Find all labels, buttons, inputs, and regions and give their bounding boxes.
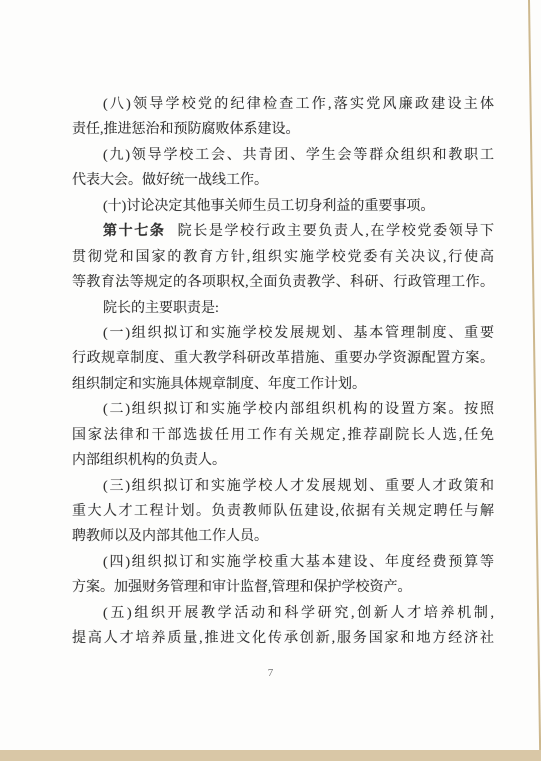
text-line: 国家法律和干部选拔任用工作有关规定,推荐副院长人选,任免 xyxy=(72,423,494,448)
scanned-document-page: (八)领导学校党的纪律检查工作,落实党风廉政建设主体 责任,推进惩治和预防腐败体… xyxy=(0,0,541,761)
document-text-block: (八)领导学校党的纪律检查工作,落实党风廉政建设主体 责任,推进惩治和预防腐败体… xyxy=(72,92,494,652)
text-line: (五)组织开展教学活动和科学研究,创新人才培养机制, xyxy=(72,601,494,626)
text-line-article-17: 第十七条院长是学校行政主要负责人,在学校党委领导下 xyxy=(72,219,494,244)
article-number-label: 第十七条 xyxy=(103,224,166,239)
text-line: 贯彻党和国家的教育方针,组织实施学校党委有关决议,行使高 xyxy=(72,245,494,270)
text-line: (三)组织拟订和实施学校人才发展规划、重要人才政策和 xyxy=(72,474,494,499)
text-line: (二)组织拟订和实施学校内部组织机构的设置方案。按照 xyxy=(72,397,494,422)
text-line: 院长的主要职责是: xyxy=(72,296,494,321)
page-number: 7 xyxy=(0,667,541,679)
scanner-background-strip xyxy=(0,750,541,761)
text-line: 重大人才工程计划。负责教师队伍建设,依据有关规定聘任与解 xyxy=(72,499,494,524)
text-line: 责任,推进惩治和预防腐败体系建设。 xyxy=(72,117,494,142)
article-text: 院长是学校行政主要负责人,在学校党委领导下 xyxy=(178,224,494,239)
text-line: (十)讨论决定其他事关师生员工切身利益的重要事项。 xyxy=(72,194,494,219)
text-line: 内部组织机构的负责人。 xyxy=(72,448,494,473)
text-line: 方案。加强财务管理和审计监督,管理和保护学校资产。 xyxy=(72,575,494,600)
text-line: 等教育法等规定的各项职权,全面负责教学、科研、行政管理工作。 xyxy=(72,270,494,295)
text-line: 组织制定和实施具体规章制度、年度工作计划。 xyxy=(72,372,494,397)
text-line: 提高人才培养质量,推进文化传承创新,服务国家和地方经济社 xyxy=(72,626,494,651)
text-line: 代表大会。做好统一战线工作。 xyxy=(72,168,494,193)
text-line: (八)领导学校党的纪律检查工作,落实党风廉政建设主体 xyxy=(72,92,494,117)
text-line: (一)组织拟订和实施学校发展规划、基本管理制度、重要 xyxy=(72,321,494,346)
text-line: (四)组织拟订和实施学校重大基本建设、年度经费预算等 xyxy=(72,550,494,575)
page-edge-line xyxy=(528,0,541,752)
text-line: (九)领导学校工会、共青团、学生会等群众组织和教职工 xyxy=(72,143,494,168)
text-line: 行政规章制度、重大教学科研改革措施、重要办学资源配置方案。 xyxy=(72,346,494,371)
text-line: 聘教师以及内部其他工作人员。 xyxy=(72,524,494,549)
